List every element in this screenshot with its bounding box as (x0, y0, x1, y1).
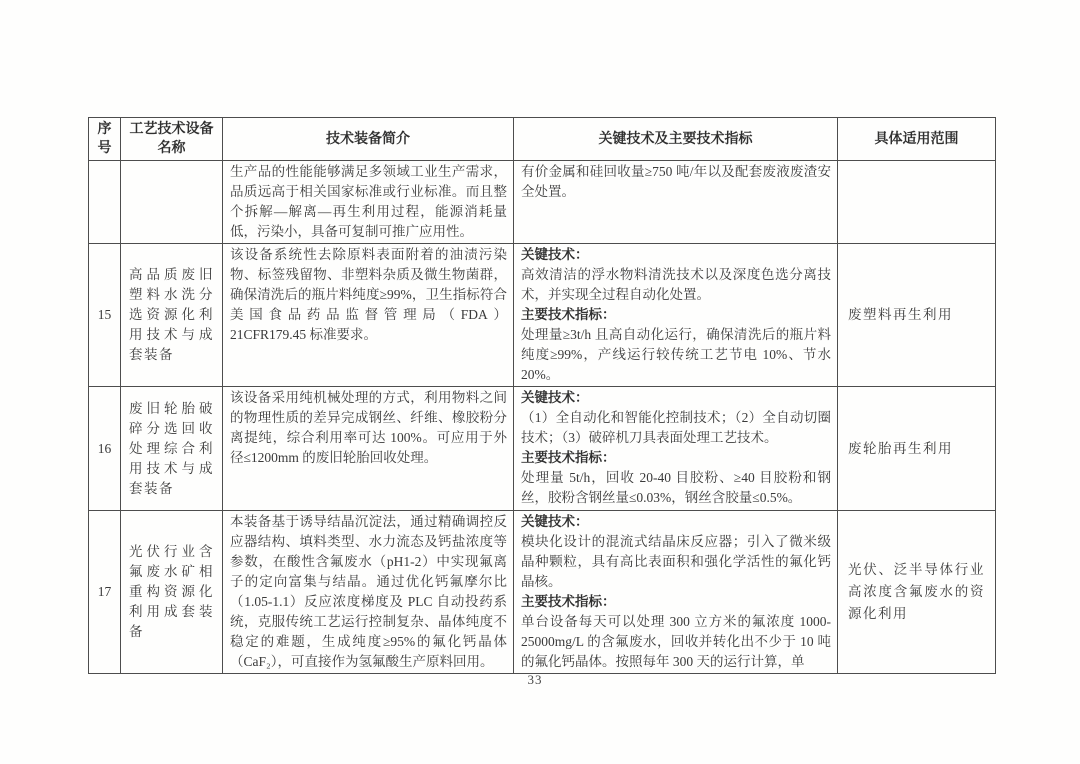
table-row-continuation: 生产品的性能能够满足多领域工业生产需求，品质远高于相关国家标准或行业标准。而且整… (89, 161, 996, 244)
cell-equipment-name (121, 161, 223, 244)
header-equipment-intro: 技术装备简介 (223, 118, 514, 161)
key-tech-text: 模块化设计的混流式结晶床反应器；引入了微米级晶种颗粒，具有高比表面积和强化学活性… (521, 532, 831, 592)
cell-equipment-intro: 生产品的性能能够满足多领域工业生产需求，品质远高于相关国家标准或行业标准。而且整… (223, 161, 514, 244)
key-tech-label: 关键技术： (521, 512, 831, 532)
cell-equipment-intro: 本装备基于诱导结晶沉淀法，通过精确调控反应器结构、填料类型、水力流态及钙盐浓度等… (223, 511, 514, 674)
cell-scope: 废轮胎再生利用 (838, 387, 996, 511)
header-scope: 具体适用范围 (838, 118, 996, 161)
cell-equipment-intro: 该设备系统性去除原料表面附着的油渍污染物、标签残留物、非塑料杂质及微生物菌群，确… (223, 244, 514, 387)
key-tech-text: （1）全自动化和智能化控制技术；（2）全自动切圈技术；（3）破碎机刀具表面处理工… (521, 408, 831, 448)
table-row-16: 16 废旧轮胎破碎分选回收处理综合利用技术与成套装备 该设备采用纯机械处理的方式… (89, 387, 996, 511)
indicators-label: 主要技术指标： (521, 448, 831, 468)
header-equipment-name: 工艺技术设备名称 (121, 118, 223, 161)
cell-equipment-name: 光伏行业含氟废水矿相重构资源化利用成套装备 (121, 511, 223, 674)
cell-serial-number (89, 161, 121, 244)
cell-scope (838, 161, 996, 244)
key-tech-text: 高效清洁的浮水物料清洗技术以及深度色选分离技术，并实现全过程自动化处置。 (521, 265, 831, 305)
cell-equipment-name: 高品质废旧塑料水洗分选资源化利用技术与成套装备 (121, 244, 223, 387)
tech-equipment-table: 序号 工艺技术设备名称 技术装备简介 关键技术及主要技术指标 具体适用范围 生产… (88, 117, 996, 674)
cell-serial-number: 17 (89, 511, 121, 674)
key-tech-label: 关键技术： (521, 245, 831, 265)
table-row-15: 15 高品质废旧塑料水洗分选资源化利用技术与成套装备 该设备系统性去除原料表面附… (89, 244, 996, 387)
cell-key-tech: 有价金属和硅回收量≥750 吨/年以及配套废液废渣安全处置。 (514, 161, 838, 244)
table-row-17: 17 光伏行业含氟废水矿相重构资源化利用成套装备 本装备基于诱导结晶沉淀法，通过… (89, 511, 996, 674)
intro-text: 本装备基于诱导结晶沉淀法，通过精确调控反应器结构、填料类型、水力流态及钙盐浓度等… (230, 512, 507, 672)
header-serial-number: 序号 (89, 118, 121, 161)
key-tech-text: 有价金属和硅回收量≥750 吨/年以及配套废液废渣安全处置。 (521, 162, 831, 202)
cell-key-tech: 关键技术： （1）全自动化和智能化控制技术；（2）全自动切圈技术；（3）破碎机刀… (514, 387, 838, 511)
cell-key-tech: 关键技术： 高效清洁的浮水物料清洗技术以及深度色选分离技术，并实现全过程自动化处… (514, 244, 838, 387)
table-header-row: 序号 工艺技术设备名称 技术装备简介 关键技术及主要技术指标 具体适用范围 (89, 118, 996, 161)
indicators-label: 主要技术指标： (521, 305, 831, 325)
intro-text: 生产品的性能能够满足多领域工业生产需求，品质远高于相关国家标准或行业标准。而且整… (230, 162, 507, 242)
cell-key-tech: 关键技术： 模块化设计的混流式结晶床反应器；引入了微米级晶种颗粒，具有高比表面积… (514, 511, 838, 674)
key-tech-label: 关键技术： (521, 388, 831, 408)
cell-equipment-name: 废旧轮胎破碎分选回收处理综合利用技术与成套装备 (121, 387, 223, 511)
cell-scope: 光伏、泛半导体行业高浓度含氟废水的资源化利用 (838, 511, 996, 674)
cell-serial-number: 15 (89, 244, 121, 387)
header-key-tech: 关键技术及主要技术指标 (514, 118, 838, 161)
cell-equipment-intro: 该设备采用纯机械处理的方式，利用物料之间的物理性质的差异完成钢丝、纤维、橡胶粉分… (223, 387, 514, 511)
indicators-text: 单台设备每天可以处理 300 立方米的氟浓度 1000-25000mg/L 的含… (521, 612, 831, 672)
intro-text: 该设备系统性去除原料表面附着的油渍污染物、标签残留物、非塑料杂质及微生物菌群，确… (230, 245, 507, 345)
indicators-text: 处理量≥3t/h 且高自动化运行，确保清洗后的瓶片料纯度≥99%，产线运行较传统… (521, 325, 831, 385)
cell-serial-number: 16 (89, 387, 121, 511)
cell-scope: 废塑料再生利用 (838, 244, 996, 387)
page-number: 33 (0, 672, 1070, 688)
intro-text: 该设备采用纯机械处理的方式，利用物料之间的物理性质的差异完成钢丝、纤维、橡胶粉分… (230, 388, 507, 468)
indicators-text: 处理量 5t/h，回收 20-40 目胶粉、≥40 目胶粉和钢丝，胶粉含钢丝量≤… (521, 468, 831, 508)
indicators-label: 主要技术指标： (521, 592, 831, 612)
document-page: 序号 工艺技术设备名称 技术装备简介 关键技术及主要技术指标 具体适用范围 生产… (0, 0, 1080, 764)
